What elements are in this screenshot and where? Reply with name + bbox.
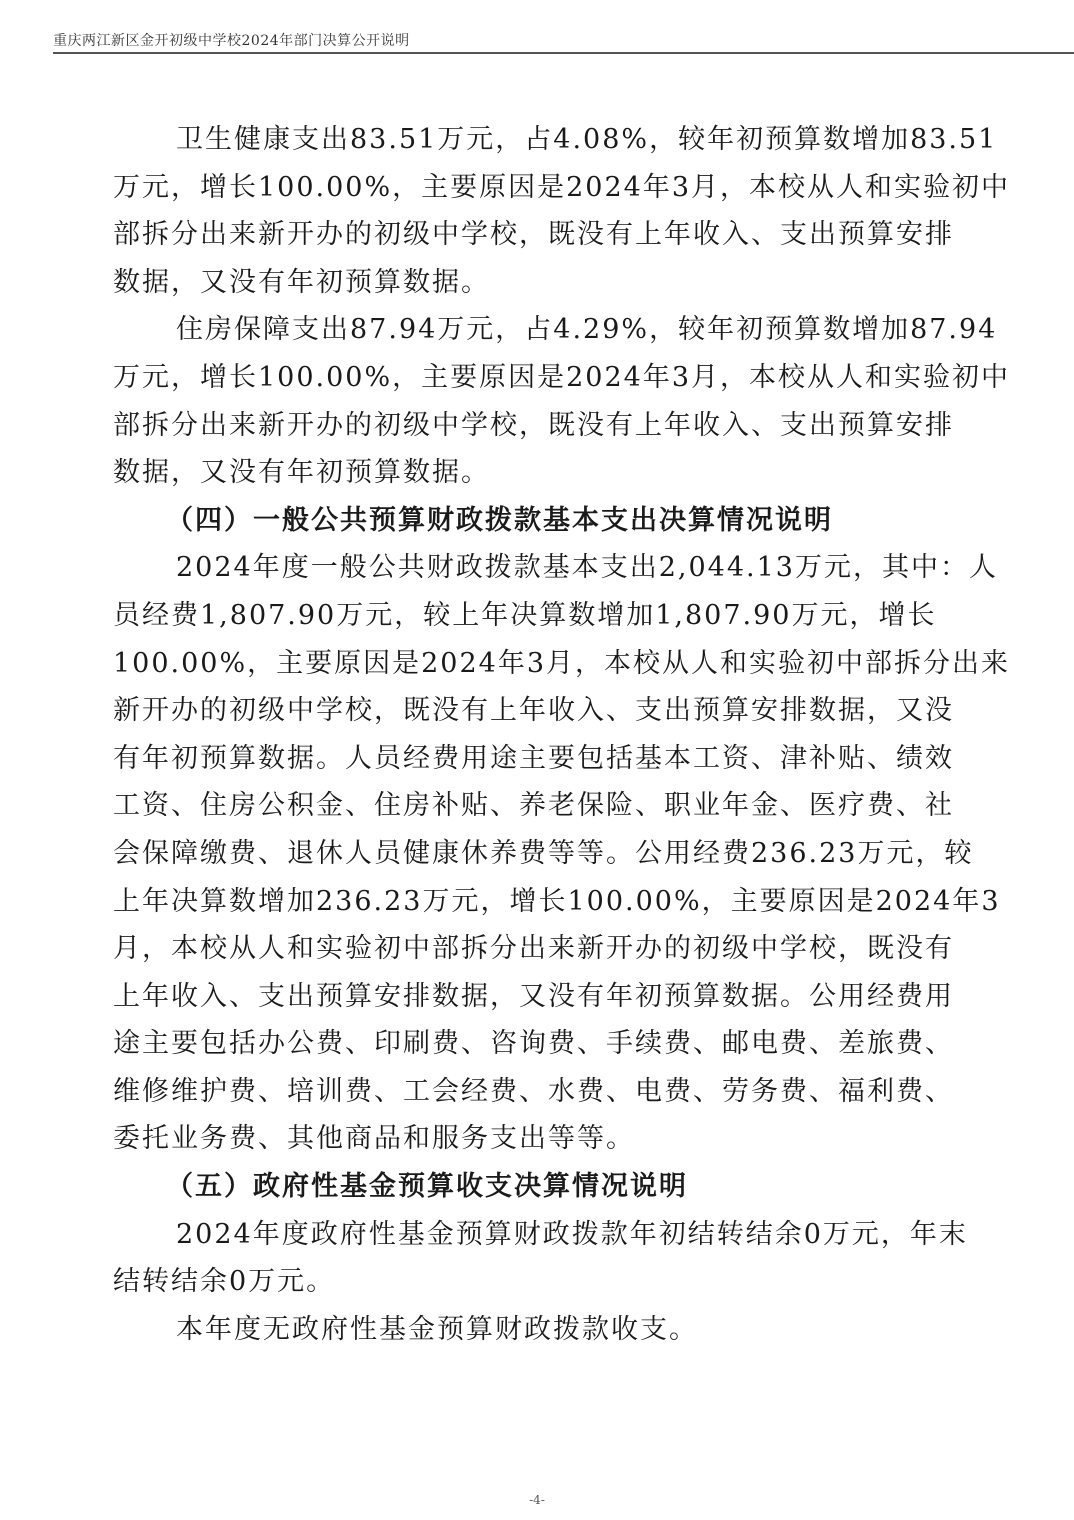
- text-line: 万元，增长100.00%，主要原因是2024年3月，本校从人和实验初中: [113, 354, 958, 402]
- document-body: 卫生健康支出83.51万元，占4.08%，较年初预算数增加83.51 万元，增长…: [113, 116, 958, 1353]
- text-line: 2024年度政府性基金预算财政拨款年初结转结余0万元，年末: [113, 1211, 958, 1259]
- text-line: 委托业务费、其他商品和服务支出等等。: [113, 1115, 958, 1163]
- text-line: 员经费1,807.90万元，较上年决算数增加1,807.90万元，增长: [113, 592, 958, 640]
- text-line: 会保障缴费、退休人员健康休养费等等。公用经费236.23万元，较: [113, 830, 958, 878]
- header-divider: [53, 52, 1074, 54]
- text-line: 维修维护费、培训费、工会经费、水费、电费、劳务费、福利费、: [113, 1068, 958, 1116]
- text-line: 数据，又没有年初预算数据。: [113, 449, 958, 497]
- text-line: 部拆分出来新开办的初级中学校，既没有上年收入、支出预算安排: [113, 402, 958, 450]
- text-line: 途主要包括办公费、印刷费、咨询费、手续费、邮电费、差旅费、: [113, 1020, 958, 1068]
- text-line: 数据，又没有年初预算数据。: [113, 259, 958, 307]
- text-line: 万元，增长100.00%，主要原因是2024年3月，本校从人和实验初中: [113, 164, 958, 212]
- text-line: 100.00%，主要原因是2024年3月，本校从人和实验初中部拆分出来: [113, 640, 958, 688]
- text-line: 新开办的初级中学校，既没有上年收入、支出预算安排数据，又没: [113, 687, 958, 735]
- text-line: 上年收入、支出预算安排数据，又没有年初预算数据。公用经费用: [113, 973, 958, 1021]
- page-number: -4-: [0, 1493, 1074, 1507]
- text-line: 上年决算数增加236.23万元，增长100.00%，主要原因是2024年3: [113, 878, 958, 926]
- text-line: 卫生健康支出83.51万元，占4.08%，较年初预算数增加83.51: [113, 116, 958, 164]
- text-line: 月，本校从人和实验初中部拆分出来新开办的初级中学校，既没有: [113, 925, 958, 973]
- text-line: 2024年度一般公共财政拨款基本支出2,044.13万元，其中：人: [113, 544, 958, 592]
- running-header: 重庆两江新区金开初级中学校2024年部门决算公开说明: [53, 30, 410, 50]
- text-line: 部拆分出来新开办的初级中学校，既没有上年收入、支出预算安排: [113, 211, 958, 259]
- text-line: 住房保障支出87.94万元，占4.29%，较年初预算数增加87.94: [113, 306, 958, 354]
- section-heading-5: （五）政府性基金预算收支决算情况说明: [113, 1163, 958, 1211]
- text-line: 本年度无政府性基金预算财政拨款收支。: [113, 1306, 958, 1354]
- text-line: 有年初预算数据。人员经费用途主要包括基本工资、津补贴、绩效: [113, 735, 958, 783]
- text-line: 工资、住房公积金、住房补贴、养老保险、职业年金、医疗费、社: [113, 782, 958, 830]
- section-heading-4: （四）一般公共预算财政拨款基本支出决算情况说明: [113, 497, 958, 545]
- text-line: 结转结余0万元。: [113, 1258, 958, 1306]
